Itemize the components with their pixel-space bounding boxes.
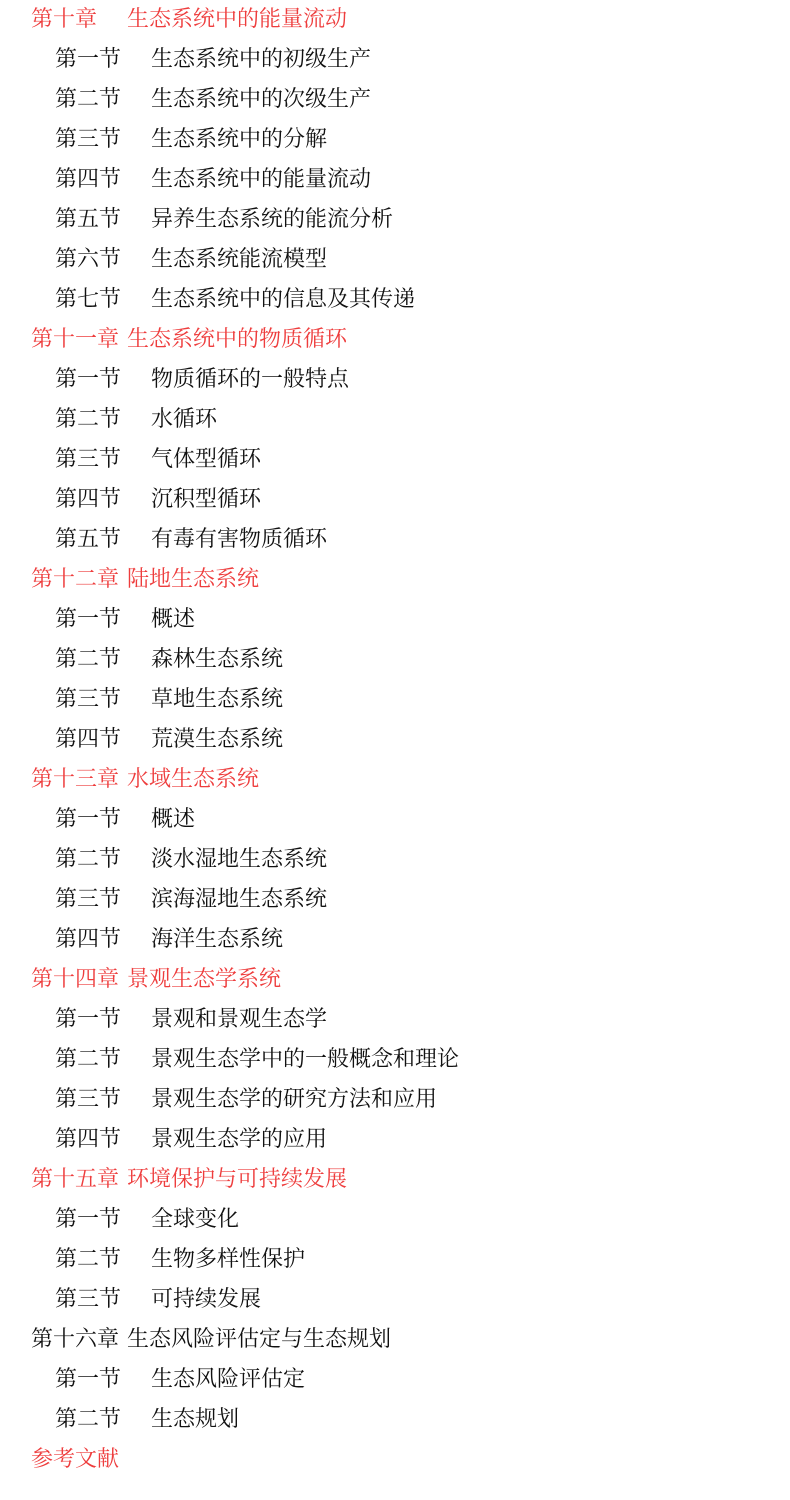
section-title: 水循环: [151, 401, 217, 439]
section-title: 生态系统中的初级生产: [151, 41, 371, 79]
section-title: 气体型循环: [151, 441, 261, 479]
section-number: 第四节: [55, 1121, 151, 1159]
section-title: 生态系统中的分解: [151, 121, 327, 159]
toc-section-link[interactable]: 第四节沉积型循环: [0, 480, 790, 520]
toc-chapter-link[interactable]: 参考文献: [0, 1440, 790, 1480]
section-title: 生态规划: [151, 1401, 239, 1439]
toc-section-link[interactable]: 第一节生态风险评估定: [0, 1360, 790, 1400]
section-number: 第七节: [55, 281, 151, 319]
toc-chapter-link[interactable]: 第十一章生态系统中的物质循环: [0, 320, 790, 360]
chapter-number: 第十一章: [31, 321, 127, 359]
section-number: 第一节: [55, 801, 151, 839]
section-title: 物质循环的一般特点: [151, 361, 349, 399]
section-number: 第五节: [55, 201, 151, 239]
section-number: 第一节: [55, 1201, 151, 1239]
section-title: 滨海湿地生态系统: [151, 881, 327, 919]
chapter-title: 环境保护与可持续发展: [127, 1161, 347, 1199]
toc-section-link[interactable]: 第六节生态系统能流模型: [0, 240, 790, 280]
toc-section-link[interactable]: 第三节景观生态学的研究方法和应用: [0, 1080, 790, 1120]
toc-chapter-link[interactable]: 第十五章环境保护与可持续发展: [0, 1160, 790, 1200]
chapter-title: 景观生态学系统: [127, 961, 281, 999]
section-title: 景观生态学的研究方法和应用: [151, 1081, 437, 1119]
section-number: 第四节: [55, 921, 151, 959]
section-title: 景观生态学中的一般概念和理论: [151, 1041, 459, 1079]
section-number: 第二节: [55, 1041, 151, 1079]
section-title: 荒漠生态系统: [151, 721, 283, 759]
toc-section-link[interactable]: 第一节生态系统中的初级生产: [0, 40, 790, 80]
toc-chapter-link[interactable]: 第十六章生态风险评估定与生态规划: [0, 1320, 790, 1360]
section-number: 第五节: [55, 521, 151, 559]
section-title: 生态系统中的信息及其传递: [151, 281, 415, 319]
section-number: 第一节: [55, 1001, 151, 1039]
section-title: 生物多样性保护: [151, 1241, 305, 1279]
chapter-title: 生态系统中的能量流动: [127, 1, 347, 39]
toc-chapter-link[interactable]: 第十四章景观生态学系统: [0, 960, 790, 1000]
section-number: 第四节: [55, 481, 151, 519]
section-title: 景观和景观生态学: [151, 1001, 327, 1039]
chapter-number: 第十三章: [31, 761, 127, 799]
section-number: 第一节: [55, 41, 151, 79]
section-title: 概述: [151, 601, 195, 639]
toc-section-link[interactable]: 第三节可持续发展: [0, 1280, 790, 1320]
toc-section-link[interactable]: 第七节生态系统中的信息及其传递: [0, 280, 790, 320]
toc-section-link[interactable]: 第一节概述: [0, 600, 790, 640]
section-number: 第六节: [55, 241, 151, 279]
section-title: 异养生态系统的能流分析: [151, 201, 393, 239]
toc-section-link[interactable]: 第一节景观和景观生态学: [0, 1000, 790, 1040]
section-number: 第三节: [55, 881, 151, 919]
toc-section-link[interactable]: 第三节气体型循环: [0, 440, 790, 480]
section-number: 第二节: [55, 1401, 151, 1439]
section-title: 草地生态系统: [151, 681, 283, 719]
section-title: 森林生态系统: [151, 641, 283, 679]
section-title: 海洋生态系统: [151, 921, 283, 959]
section-title: 生态系统能流模型: [151, 241, 327, 279]
chapter-number: 第十二章: [31, 561, 127, 599]
section-number: 第四节: [55, 161, 151, 199]
section-number: 第二节: [55, 1241, 151, 1279]
toc-section-link[interactable]: 第二节森林生态系统: [0, 640, 790, 680]
chapter-number: 第十六章: [31, 1321, 127, 1359]
section-title: 全球变化: [151, 1201, 239, 1239]
toc-section-link[interactable]: 第五节有毒有害物质循环: [0, 520, 790, 560]
toc-section-link[interactable]: 第二节水循环: [0, 400, 790, 440]
section-number: 第三节: [55, 121, 151, 159]
section-number: 第三节: [55, 1281, 151, 1319]
toc-section-link[interactable]: 第四节生态系统中的能量流动: [0, 160, 790, 200]
toc-section-link[interactable]: 第二节景观生态学中的一般概念和理论: [0, 1040, 790, 1080]
section-number: 第三节: [55, 681, 151, 719]
toc-section-link[interactable]: 第一节物质循环的一般特点: [0, 360, 790, 400]
toc-chapter-link[interactable]: 第十章生态系统中的能量流动: [0, 0, 790, 40]
section-title: 沉积型循环: [151, 481, 261, 519]
section-title: 景观生态学的应用: [151, 1121, 327, 1159]
section-title: 淡水湿地生态系统: [151, 841, 327, 879]
section-number: 第二节: [55, 841, 151, 879]
toc-chapter-link[interactable]: 第十二章陆地生态系统: [0, 560, 790, 600]
section-number: 第二节: [55, 641, 151, 679]
section-number: 第三节: [55, 441, 151, 479]
toc-section-link[interactable]: 第一节概述: [0, 800, 790, 840]
section-title: 生态风险评估定: [151, 1361, 305, 1399]
section-number: 第四节: [55, 721, 151, 759]
toc-section-link[interactable]: 第三节草地生态系统: [0, 680, 790, 720]
section-title: 生态系统中的次级生产: [151, 81, 371, 119]
chapter-number: 参考文献: [31, 1441, 127, 1479]
section-number: 第一节: [55, 361, 151, 399]
toc-section-link[interactable]: 第二节生态规划: [0, 1400, 790, 1440]
chapter-number: 第十章: [31, 1, 127, 39]
chapter-title: 生态系统中的物质循环: [127, 321, 347, 359]
toc-section-link[interactable]: 第一节全球变化: [0, 1200, 790, 1240]
toc-section-link[interactable]: 第三节生态系统中的分解: [0, 120, 790, 160]
section-title: 有毒有害物质循环: [151, 521, 327, 559]
toc-section-link[interactable]: 第二节淡水湿地生态系统: [0, 840, 790, 880]
section-title: 概述: [151, 801, 195, 839]
toc-section-link[interactable]: 第四节荒漠生态系统: [0, 720, 790, 760]
toc-section-link[interactable]: 第四节海洋生态系统: [0, 920, 790, 960]
section-number: 第一节: [55, 1361, 151, 1399]
chapter-number: 第十四章: [31, 961, 127, 999]
table-of-contents: 第十章生态系统中的能量流动第一节生态系统中的初级生产第二节生态系统中的次级生产第…: [0, 0, 790, 1480]
section-number: 第二节: [55, 401, 151, 439]
toc-section-link[interactable]: 第五节异养生态系统的能流分析: [0, 200, 790, 240]
chapter-title: 生态风险评估定与生态规划: [127, 1321, 391, 1359]
chapter-number: 第十五章: [31, 1161, 127, 1199]
section-number: 第三节: [55, 1081, 151, 1119]
section-title: 生态系统中的能量流动: [151, 161, 371, 199]
chapter-title: 陆地生态系统: [127, 561, 259, 599]
toc-section-link[interactable]: 第四节景观生态学的应用: [0, 1120, 790, 1160]
toc-chapter-link[interactable]: 第十三章水域生态系统: [0, 760, 790, 800]
section-number: 第一节: [55, 601, 151, 639]
section-title: 可持续发展: [151, 1281, 261, 1319]
chapter-title: 水域生态系统: [127, 761, 259, 799]
toc-section-link[interactable]: 第三节滨海湿地生态系统: [0, 880, 790, 920]
toc-section-link[interactable]: 第二节生态系统中的次级生产: [0, 80, 790, 120]
section-number: 第二节: [55, 81, 151, 119]
toc-section-link[interactable]: 第二节生物多样性保护: [0, 1240, 790, 1280]
